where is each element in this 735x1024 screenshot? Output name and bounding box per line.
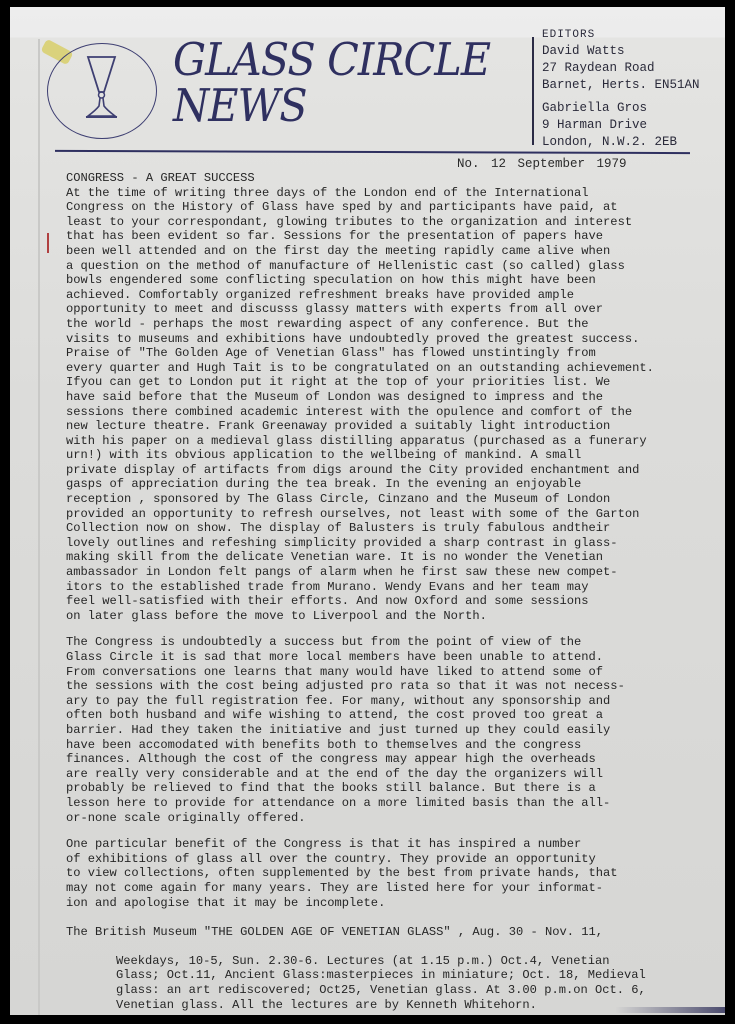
issue-date: September 1979	[518, 157, 627, 171]
editors-divider	[532, 37, 534, 145]
exhibition-details: Weekdays, 10-5, Sun. 2.30-6. Lectures (a…	[66, 954, 666, 1012]
editor-2-address-1: 9 Harman Drive	[542, 117, 700, 134]
issue-info: No. 12 September 1979	[457, 157, 627, 171]
editor-2: Gabriella Gros 9 Harman Drive London, N.…	[542, 100, 700, 151]
editor-1-address-1: 27 Raydean Road	[542, 60, 700, 77]
exhibition-venue: The British Museum "THE GOLDEN AGE OF VE…	[66, 925, 666, 940]
editors-block: EDITORS David Watts 27 Raydean Road Barn…	[542, 27, 700, 157]
editors-heading: EDITORS	[542, 27, 700, 41]
article-paragraph-2: The Congress is undoubtedly a success bu…	[66, 635, 666, 825]
article-paragraph-1: At the time of writing three days of the…	[66, 186, 666, 624]
page-edge	[38, 39, 40, 1015]
editor-1-address-2: Barnet, Herts. EN51AN	[542, 77, 700, 94]
editor-2-name: Gabriella Gros	[542, 100, 700, 117]
article-paragraph-3: One particular benefit of the Congress i…	[66, 837, 666, 910]
article: CONGRESS - A GREAT SUCCESS At the time o…	[66, 171, 666, 1024]
editor-1-name: David Watts	[542, 43, 700, 60]
ink-smudge	[615, 1007, 725, 1013]
masthead-line-1: GLASS CIRCLE	[173, 37, 490, 83]
newsletter-page: GLASS CIRCLE NEWS EDITORS David Watts 27…	[10, 7, 725, 1015]
masthead-line-2: NEWS	[173, 83, 490, 129]
masthead-title: GLASS CIRCLE NEWS	[173, 37, 518, 129]
margin-mark	[47, 233, 49, 253]
editor-1: David Watts 27 Raydean Road Barnet, Hert…	[542, 43, 700, 94]
issue-number: No. 12	[457, 157, 506, 171]
editor-2-address-2: London, N.W.2. 2EB	[542, 134, 700, 151]
exhibition-listing: The British Museum "THE GOLDEN AGE OF VE…	[66, 910, 666, 1024]
goblet-in-circle-icon	[47, 43, 157, 139]
article-title: CONGRESS - A GREAT SUCCESS	[66, 171, 666, 186]
